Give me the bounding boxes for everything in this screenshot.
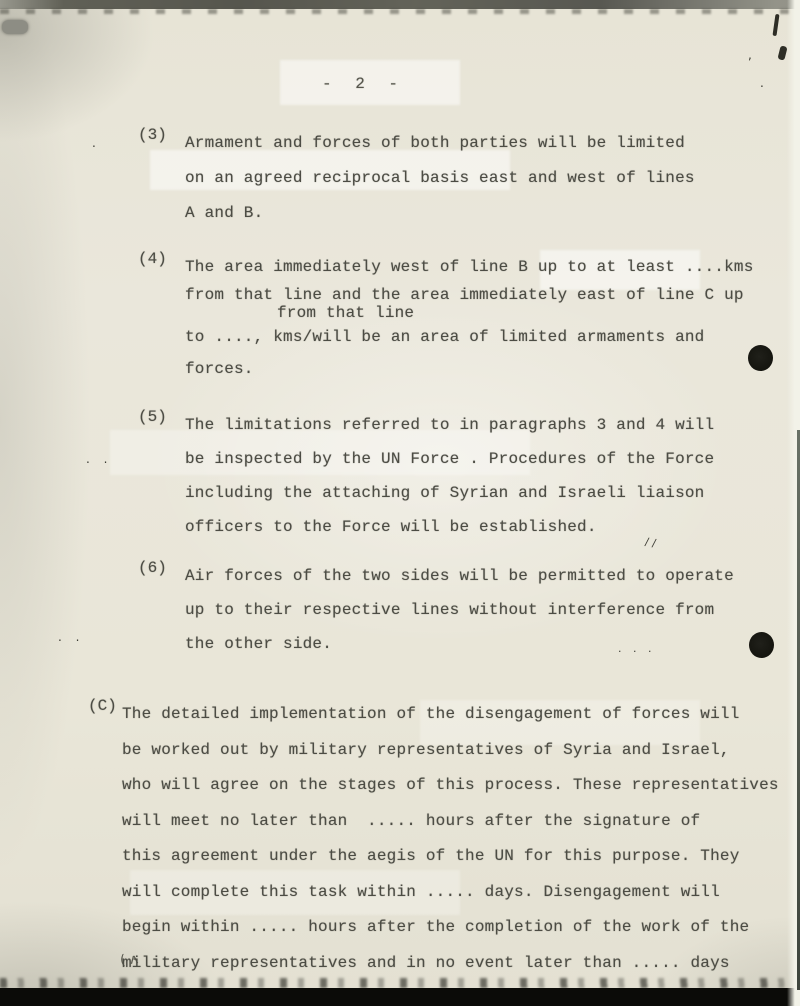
text-line: forces. (185, 352, 775, 387)
text-line: who will agree on the stages of this pro… (122, 768, 782, 804)
text-line: from that line and the area immediately … (185, 285, 775, 305)
text-line: will complete this task within ..... day… (122, 875, 782, 911)
text-line: be worked out by military representative… (122, 733, 782, 769)
text-line: on an agreed reciprocal basis east and w… (185, 161, 775, 196)
text-line: The area immediately west of line B up t… (185, 250, 775, 285)
ink-speck (772, 14, 779, 36)
scan-smudge-blob (2, 20, 28, 34)
text-line: officers to the Force will be establishe… (185, 510, 775, 544)
paragraph-3: (3) Armament and forces of both parties … (0, 126, 800, 231)
text-line: be inspected by the UN Force . Procedure… (185, 442, 775, 476)
text-line: the other side. (185, 627, 775, 661)
inserted-text-line: from that line (185, 305, 775, 322)
text-line: A and B. (185, 196, 775, 231)
paragraph-4-marker: (4) (138, 250, 167, 268)
scanned-document-page: , . . . . . / / . . . ( ʌ . - 2 - (3) Ar… (0, 0, 800, 1006)
paragraph-c-marker: (C) (88, 697, 117, 715)
text-line: this agreement under the aegis of the UN… (122, 839, 782, 875)
paragraph-c-body: The detailed implementation of the disen… (122, 697, 782, 981)
paragraph-c: (C) The detailed implementation of the d… (0, 697, 800, 981)
paragraph-6-body: Air forces of the two sides will be perm… (185, 559, 775, 661)
text-line: to ...., kms/will be an area of limited … (185, 322, 775, 352)
ink-speck: , (748, 48, 752, 62)
paragraph-3-marker: (3) (138, 126, 167, 144)
scan-bottom-edge (0, 988, 800, 1006)
paragraph-5: (5) The limitations referred to in parag… (0, 408, 800, 544)
paragraph-6: (6) Air forces of the two sides will be … (0, 559, 800, 661)
paragraph-3-body: Armament and forces of both parties will… (185, 126, 775, 231)
paragraph-5-body: The limitations referred to in paragraph… (185, 408, 775, 544)
text-line: will meet no later than ..... hours afte… (122, 804, 782, 840)
text-line: The detailed implementation of the disen… (122, 697, 782, 733)
scan-top-edge (0, 0, 800, 9)
text-line: up to their respective lines without int… (185, 593, 775, 627)
text-line: military representatives and in no event… (122, 946, 782, 982)
text-line: Air forces of the two sides will be perm… (185, 559, 775, 593)
text-line: The limitations referred to in paragraph… (185, 408, 775, 442)
text-line: Armament and forces of both parties will… (185, 126, 775, 161)
ink-speck: . (760, 76, 764, 90)
paragraph-5-marker: (5) (138, 408, 167, 426)
paragraph-4-body: The area immediately west of line B up t… (185, 250, 775, 387)
text-line: begin within ..... hours after the compl… (122, 910, 782, 946)
scan-top-edge-grain (0, 9, 800, 14)
paragraph-6-marker: (6) (138, 559, 167, 577)
page-number: - 2 - (322, 75, 405, 93)
paragraph-4: (4) The area immediately west of line B … (0, 250, 800, 387)
text-line: including the attaching of Syrian and Is… (185, 476, 775, 510)
